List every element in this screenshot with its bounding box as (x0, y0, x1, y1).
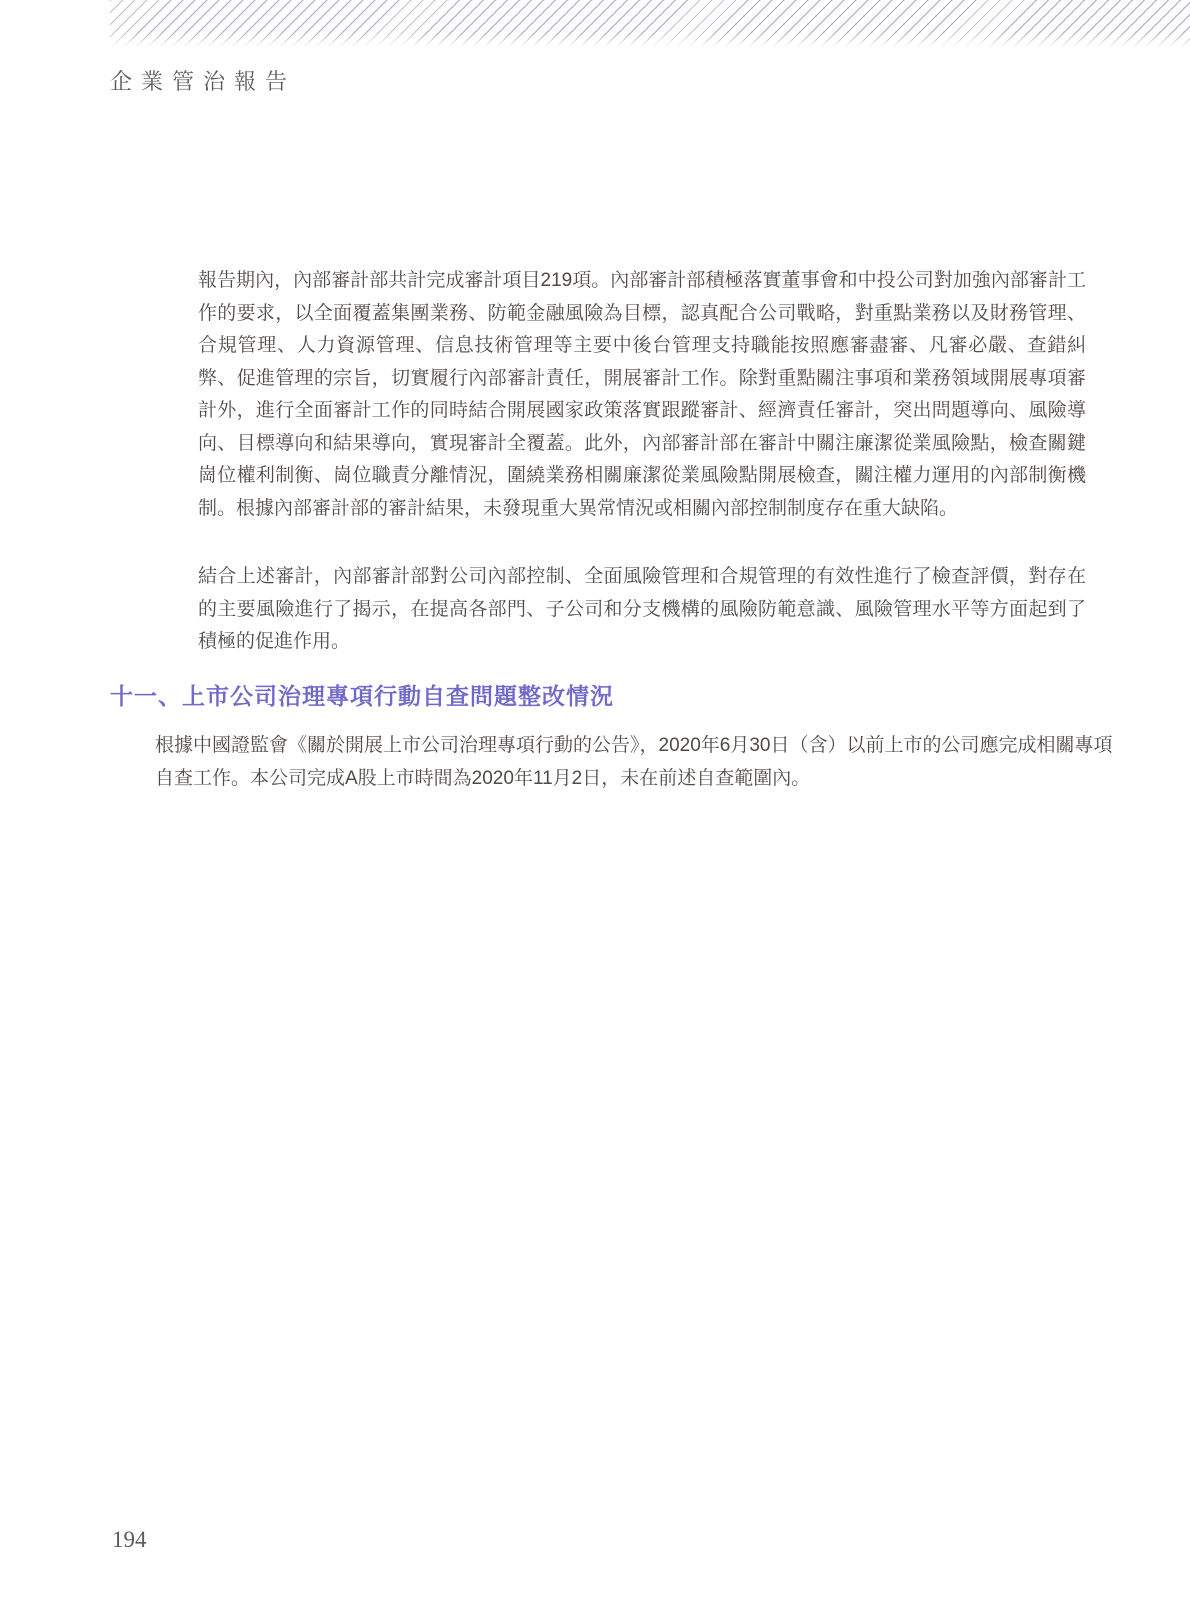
paragraph-line: 崗位權利制衡、崗位職責分離情況，圍繞業務相關廉潔從業風險點開展檢查，關注權力運用… (198, 460, 1086, 493)
paragraph-line: 作的要求，以全面覆蓋集團業務、防範金融風險為目標，認真配合公司戰略，對重點業務以… (198, 298, 1086, 331)
paragraph-line: 報告期內，內部審計部共計完成審計項目219項。內部審計部積極落實董事會和中投公司… (198, 265, 1086, 298)
paragraph-line: 弊、促進管理的宗旨，切實履行內部審計責任，開展審計工作。除對重點關注事項和業務領… (198, 363, 1086, 396)
internal-audit-paragraph: 報告期內，內部審計部共計完成審計項目219項。內部審計部積極落實董事會和中投公司… (198, 265, 1086, 525)
header-hatch-pattern (110, 0, 1190, 47)
audit-evaluation-paragraph: 結合上述審計，內部審計部對公司內部控制、全面風險管理和合規管理的有效性進行了檢查… (198, 561, 1086, 659)
paragraph-line: 積極的促進作用。 (198, 626, 1086, 659)
paragraph-line: 計外，進行全面審計工作的同時結合開展國家政策落實跟蹤審計、經濟責任審計，突出問題… (198, 395, 1086, 428)
paragraph-line: 制。根據內部審計部的審計結果，未發現重大異常情況或相關內部控制制度存在重大缺陷。 (198, 493, 1086, 526)
document-page: 企業管治報告 報告期內，內部審計部共計完成審計項目219項。內部審計部積極落實董… (0, 0, 1190, 1615)
paragraph-line: 合規管理、人力資源管理、信息技術管理等主要中後台管理支持職能按照應審盡審、凡審必… (198, 330, 1086, 363)
paragraph-line: 自查工作。本公司完成A股上市時間為2020年11月2日，未在前述自查範圍內。 (155, 763, 1086, 796)
document-header-title: 企業管治報告 (110, 68, 296, 96)
self-inspection-paragraph: 根據中國證監會《關於開展上市公司治理專項行動的公告》，2020年6月30日（含）… (155, 730, 1086, 795)
paragraph-line: 結合上述審計，內部審計部對公司內部控制、全面風險管理和合規管理的有效性進行了檢查… (198, 561, 1086, 594)
paragraph-line: 根據中國證監會《關於開展上市公司治理專項行動的公告》，2020年6月30日（含）… (155, 730, 1086, 763)
page-number: 194 (112, 1526, 147, 1554)
section-heading-eleven: 十一、上市公司治理專項行動自查問題整改情況 (110, 681, 614, 711)
paragraph-line: 的主要風險進行了揭示，在提高各部門、子公司和分支機構的風險防範意識、風險管理水平… (198, 594, 1086, 627)
paragraph-line: 向、目標導向和結果導向，實現審計全覆蓋。此外，內部審計部在審計中關注廉潔從業風險… (198, 428, 1086, 461)
